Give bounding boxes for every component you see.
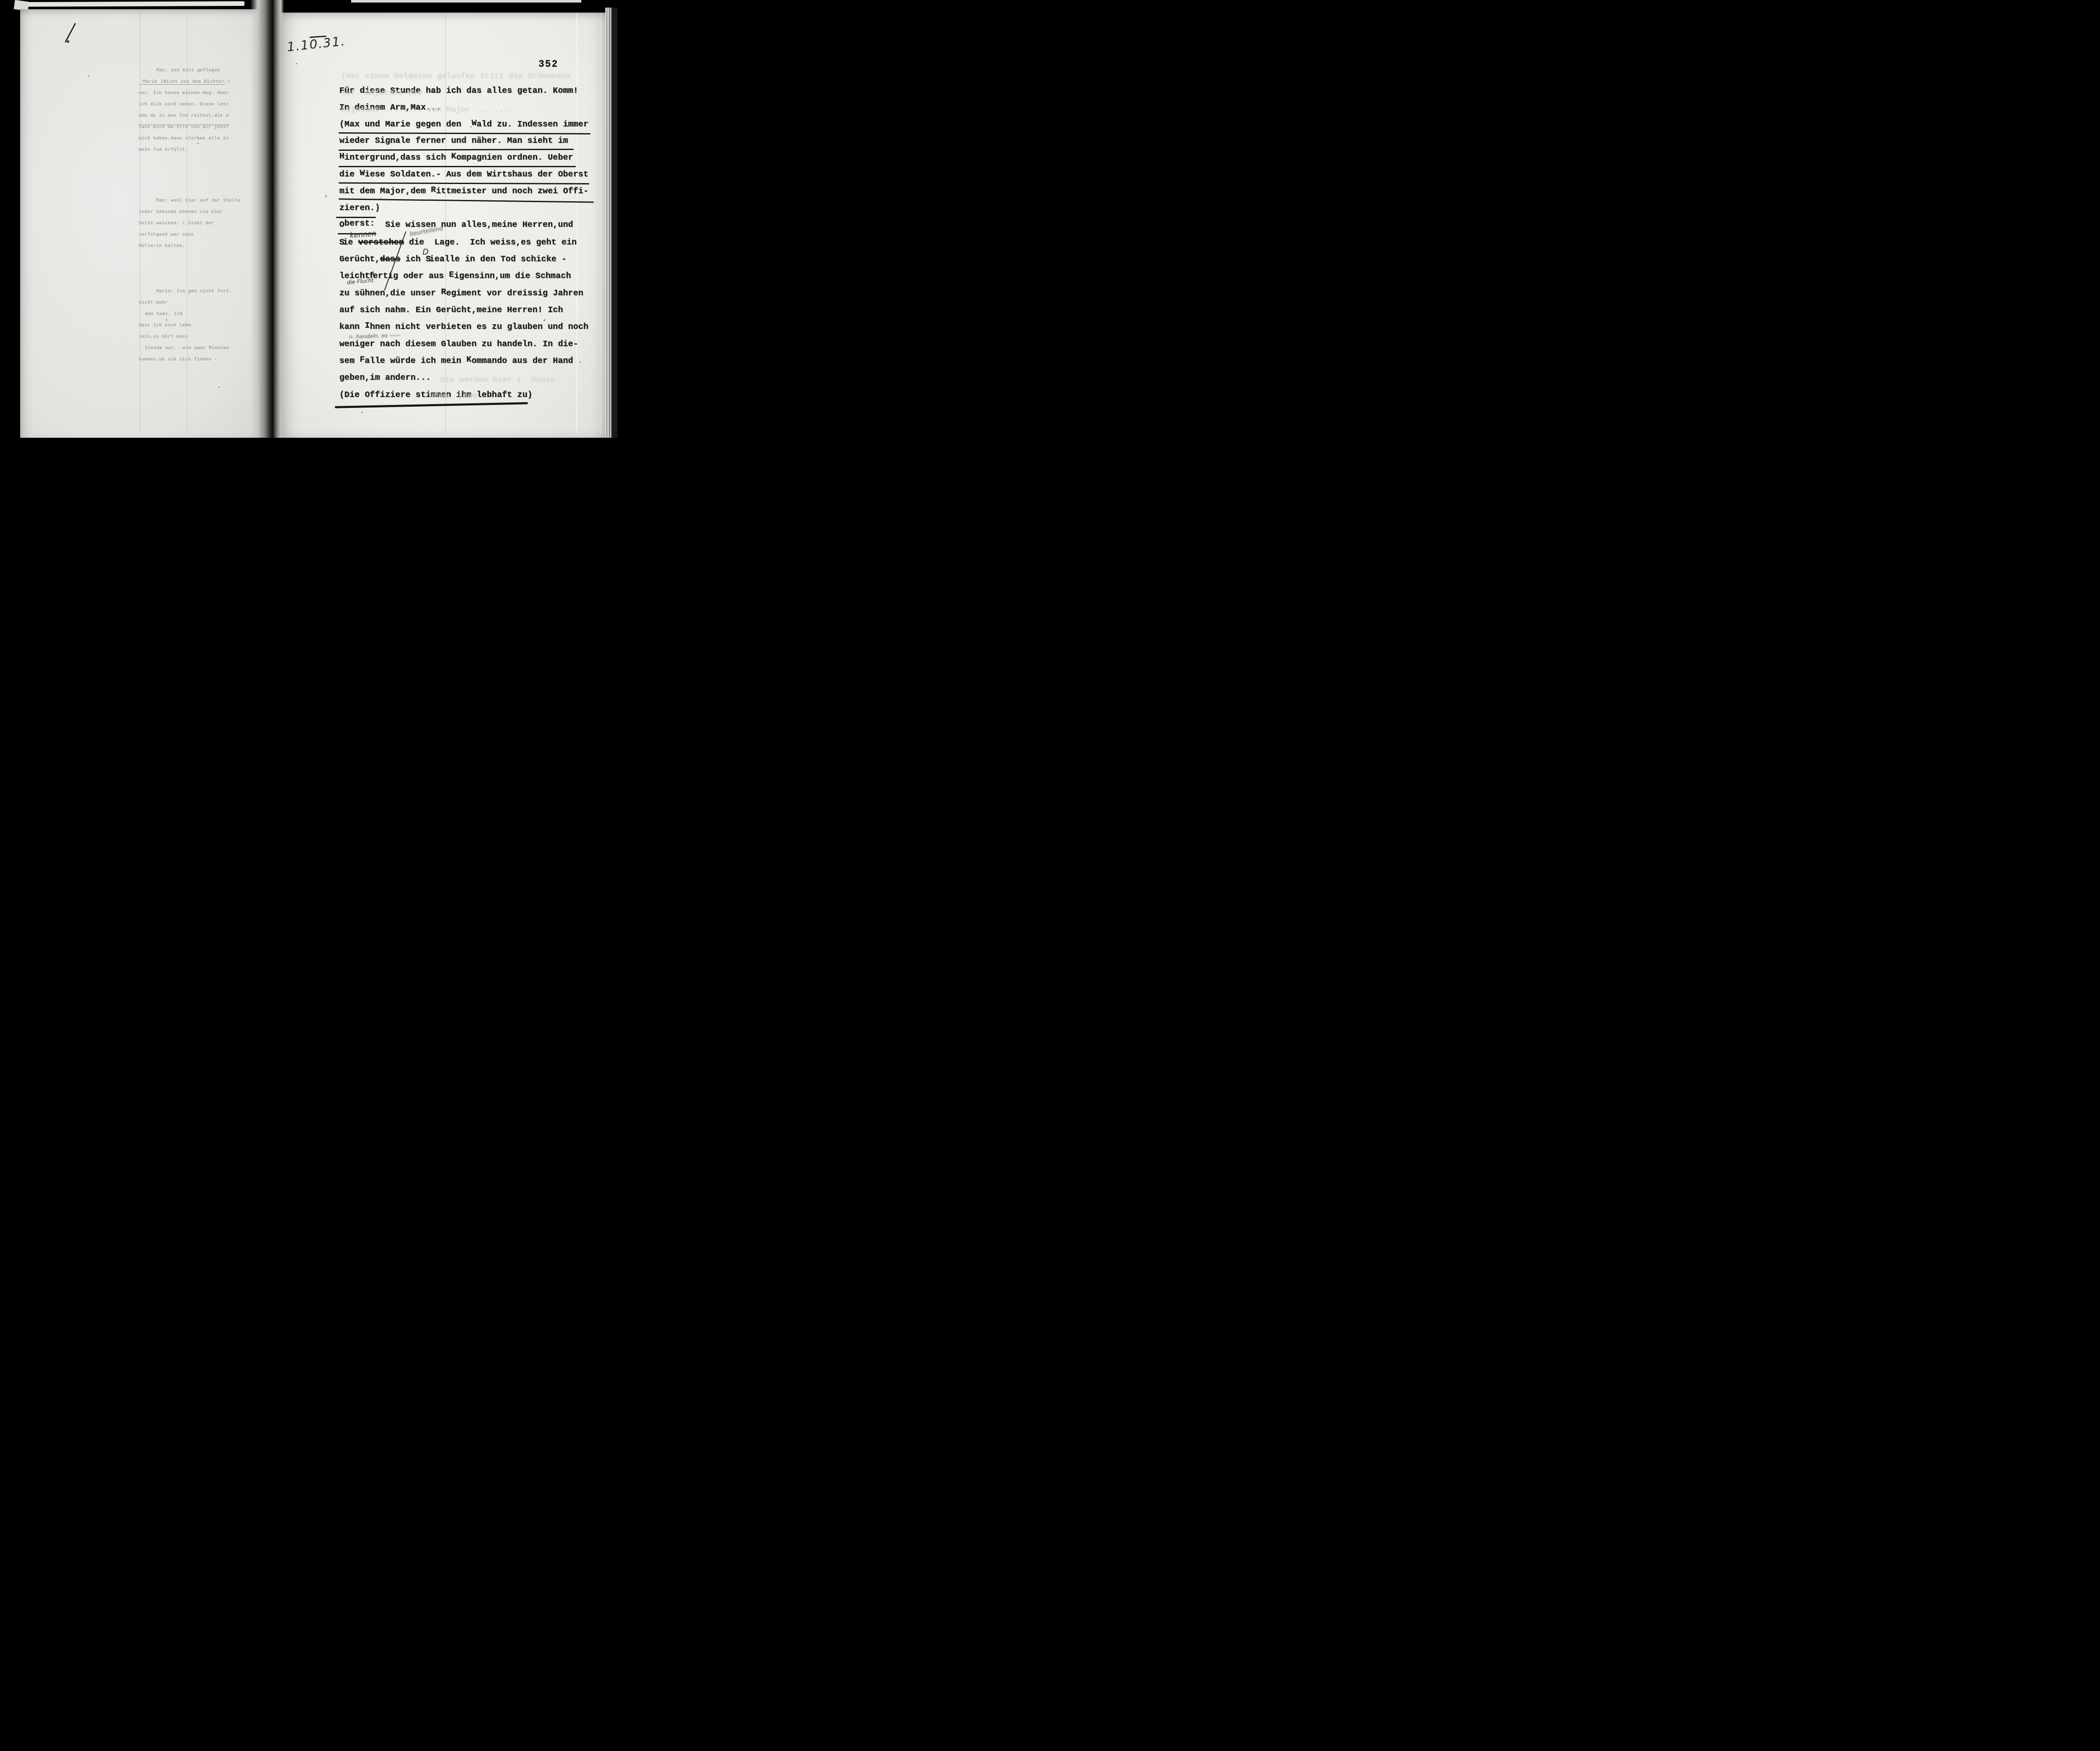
typed-line: zu sühnen,die unser Regiment vor dreissi… [339,289,583,298]
bleedthrough-text: mich haben,denn sterben alle in [139,135,229,141]
typed-text: iese Soldaten.- Aus dem Wirtshaus der Ob… [365,170,589,179]
bleedthrough-text: kommen,ob sie sich finden - [139,356,217,362]
typed-text: hnen nicht verbieten es zu glauben und n… [370,322,588,332]
typed-text: I [365,321,370,331]
typed-line: wieder Signale ferner und näher. Man sie… [339,136,568,146]
typed-text: sem [339,356,360,366]
typed-line: Gerücht,dass ich Siealle in den Tod schi… [339,255,567,264]
pen-mark [139,124,230,125]
typed-line: kann Ihnen nicht verbieten es zu glauben… [339,322,588,332]
bleedthrough-text: ner. Ich kenne meinen Weg. Aber [139,90,229,95]
typed-text: ich [400,255,426,264]
ink-underline [339,166,576,167]
typed-line: Sie verstehen die Lage. Ich weiss,es geh… [339,238,577,247]
typed-text: mit dem Major,dem [339,187,431,196]
typed-text: O [339,220,344,230]
typed-line: (Max und Marie gegen den Wald zu. Indess… [339,120,588,129]
typed-line: leichtfertig oder aus Eigensinn,um die S… [339,271,571,281]
ink-underline [339,132,591,134]
bleedthrough-text: ich dich noch sehen. Diese letz [139,101,229,107]
typed-text: wieder Signale ferner und näher. Man sie… [339,136,568,146]
bleedthrough-text: Müllerin halten. [139,243,185,248]
bleedthrough-text: den Saal. Ich [145,311,183,316]
handwritten-annotation: ’ [324,194,327,203]
typed-line: zieren.) [339,203,380,213]
typed-text: W [472,118,477,128]
typed-text: ittmeister und noch zwei Offi- [436,187,588,196]
typed-text: alle würde ich mein [365,356,467,366]
typed-text: H [339,152,344,161]
typed-line: die Wiese Soldaten.- Aus dem Wirtshaus d… [339,170,588,179]
ink-underline [339,149,574,151]
typed-text: die Lage. Ich weiss,es geht ein [404,238,577,247]
bleedthrough-text: Sie werden hier i. House. [440,375,560,384]
bleedthrough-text: dass ich noch lebe. [139,322,194,328]
typed-text: R [431,185,436,195]
typed-text: berst: [344,219,375,229]
typed-text: (Max und Marie gegen den [339,120,472,129]
typed-line: Hintergrund,dass sich Kompagnien ordnen.… [339,153,573,163]
typed-text: geben,im andern... [339,373,431,383]
handwritten-annotation: D [423,247,429,257]
ink-underline [336,217,376,218]
typed-line: sem Falle würde ich mein Kommando aus de… [339,356,573,366]
bleedthrough-text: mein Tod erfüllt. [139,147,188,152]
bleedthrough-text: Seite weichen. ( Sinkt der [139,220,214,226]
typed-text: W [360,168,365,178]
typed-line: weniger nach diesem Glauben zu handeln. … [339,339,578,349]
typed-text: Sie wissen nun alles,meine Herren,und [375,220,573,230]
typed-line: mit dem Major,dem Rittmeister und noch z… [339,187,588,196]
struck-word: verstehen [358,238,404,247]
content-layer: 352 Für diese Stunde hab ich das alles g… [0,0,617,438]
typed-text: ommando aus der Hand [472,356,573,366]
typed-text: weniger nach diesem Glauben zu handeln. … [339,339,578,349]
bleedthrough-text: auf. Adjutant die [341,88,423,97]
ink-underline [339,182,589,184]
bleedthrough-text: Adjutant ........ von Major ........ [341,105,513,114]
typed-text: ompagnien ordnen. Ueber [456,153,573,163]
pen-mark [139,84,225,85]
bleedthrough-text: nicht mehr [139,300,168,305]
typed-text: egiment vor dreissig Jahren [446,289,583,298]
bleedthrough-text: (Vor einem Soldaten gelaufen tritt die O… [341,71,571,81]
bleedthrough-text: Marie (Nicht von dem Richter.) [143,79,230,84]
typed-text: K [451,152,456,161]
typed-text: igensinn,um die Schmach [454,271,571,281]
typed-text: Gerücht, [339,255,380,264]
typed-text: die [339,170,360,179]
bleedthrough-text: Marie: Ich geh nicht fort. [156,288,232,294]
typed-text: zieren.) [339,203,380,213]
typed-text: E [449,270,454,280]
typed-text: kann [339,322,365,332]
typed-text: iealle in den Tod schicke - [429,255,567,264]
bleedthrough-text: rufen. (zum [424,391,477,400]
bleedthrough-text: Max: wohl hier auf der Stelle [156,197,241,203]
typed-text: auf sich nahm. Ein Gerücht,meine Herren!… [339,305,563,315]
bleedthrough-text: sein,so hört mein [139,334,188,339]
bleedthrough-text: ehe du in den Tod reitest,die m [139,113,229,118]
ink-underline [339,198,594,202]
page-number: 352 [538,59,558,70]
typed-text: zu sühnen,die unser [339,289,441,298]
typed-text: F [360,355,365,365]
bleedthrough-text: verfolgend war sein [139,231,194,237]
typed-line: geben,im andern... [339,373,431,383]
typed-text: K [467,355,472,365]
bleedthrough-text: Stunde nur...ein paar Minuten [145,345,229,350]
typed-line: Oberst: Sie wissen nun alles,meine Herre… [339,220,573,230]
typed-line: auf sich nahm. Ein Gerücht,meine Herren!… [339,305,563,315]
typed-text: ertig oder aus [373,271,449,281]
typed-text: R [441,287,446,297]
scanned-manuscript-photo: { "page_number": "352", "handwritten_dat… [0,0,617,438]
typed-text: ald zu. Indessen immer [477,120,588,129]
typed-text: intergrund,dass sich [344,153,451,163]
ink-underline [335,402,528,408]
bleedthrough-text: Max: und bist geflogen [156,67,220,73]
bleedthrough-text: jeder Sekunde können sie hier [139,209,223,214]
